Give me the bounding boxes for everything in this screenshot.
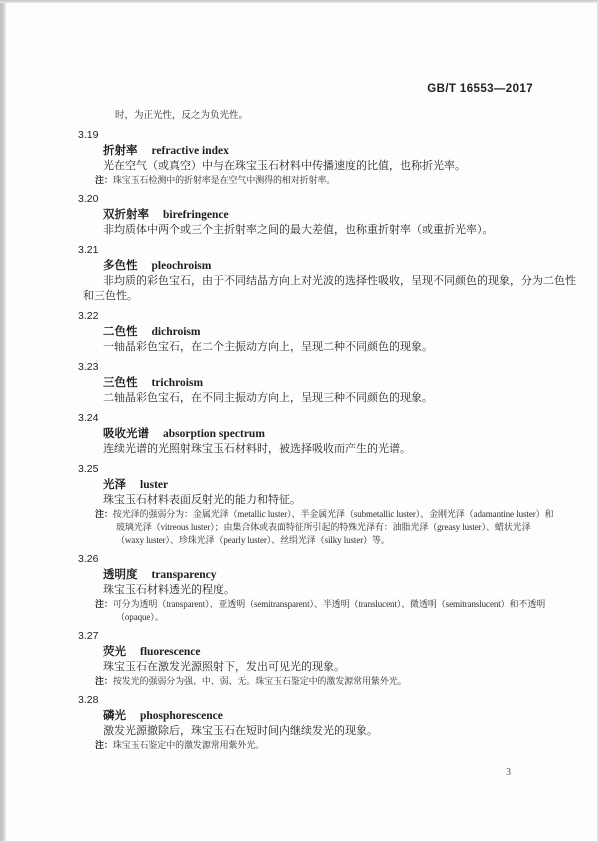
definition-line: 一轴晶彩色宝石，在二个主振动方向上，呈现二种不同颜色的现象。 <box>103 340 533 355</box>
definition: 光在空气（或真空）中与在珠宝玉石材料中传播速度的比值，也称折光率。 <box>78 159 533 174</box>
definition-line: 珠宝玉石在激发光源照射下，发出可见光的现象。 <box>103 660 533 675</box>
note: 注：珠宝玉石鉴定中的激发源常用紫外光。 <box>95 739 533 752</box>
term-line: 折射率refractive index <box>103 144 533 159</box>
term-section: 3.24 吸收光谱absorption spectrum 连续光谱的光照射珠宝玉… <box>78 411 533 457</box>
definition: 二轴晶彩色宝石，在不同主振动方向上，呈现三种不同颜色的现象。 <box>78 391 533 406</box>
term-chinese: 多色性 <box>103 260 138 272</box>
section-number: 3.19 <box>78 128 533 142</box>
term-line: 双折射率birefringence <box>103 208 533 223</box>
term-section: 3.26 透明度transparency 珠宝玉石材料透光的程度。 注：可分为透… <box>78 552 533 624</box>
note-line: （opaque）。 <box>95 611 533 624</box>
page-number: 3 <box>78 766 533 779</box>
note-label: 注： <box>95 509 113 519</box>
note-line: （waxy luster）、珍珠光泽（pearly luster）、丝绢光泽（s… <box>95 534 533 547</box>
term-english: phosphorescence <box>140 710 223 722</box>
note: 注：珠宝玉石检测中的折射率是在空气中测得的相对折射率。 <box>95 174 533 187</box>
note-label: 注： <box>95 599 113 609</box>
definition-line: 光在空气（或真空）中与在珠宝玉石材料中传播速度的比值，也称折光率。 <box>103 159 533 174</box>
term-chinese: 透明度 <box>103 569 138 581</box>
definition: 连续光谱的光照射珠宝玉石材料时，被选择吸收而产生的光谱。 <box>78 442 533 457</box>
term-line: 光泽luster <box>103 478 533 493</box>
section-number: 3.20 <box>78 192 533 206</box>
definition-line: 激发光源撤除后，珠宝玉石在短时间内继续发光的现象。 <box>103 724 533 739</box>
note-line: 注：可分为透明（transparent）、亚透明（semitransparent… <box>95 598 533 611</box>
definition-line: 和三色性。 <box>83 289 533 304</box>
term-line: 磷光phosphorescence <box>103 709 533 724</box>
term-chinese: 折射率 <box>103 145 138 157</box>
note-line: 注：珠宝玉石鉴定中的激发源常用紫外光。 <box>95 739 533 752</box>
note-line: 注：按光泽的强弱分为：金属光泽（metallic luster）、半金属光泽（s… <box>95 508 533 521</box>
term-line: 吸收光谱absorption spectrum <box>103 427 533 442</box>
definition-line: 珠宝玉石材料透光的程度。 <box>103 583 533 598</box>
term-line: 二色性dichroism <box>103 325 533 340</box>
term-section: 3.22 二色性dichroism 一轴晶彩色宝石，在二个主振动方向上，呈现二种… <box>78 309 533 355</box>
term-section: 3.21 多色性pleochroism 非均质的彩色宝石，由于不同结晶方向上对光… <box>78 243 533 304</box>
term-section: 3.25 光泽luster 珠宝玉石材料表面反射光的能力和特征。 注：按光泽的强… <box>78 462 533 547</box>
section-number: 3.25 <box>78 462 533 476</box>
term-section: 3.23 三色性trichroism 二轴晶彩色宝石，在不同主振动方向上，呈现三… <box>78 360 533 406</box>
term-chinese: 二色性 <box>103 326 138 338</box>
definition-line: 连续光谱的光照射珠宝玉石材料时，被选择吸收而产生的光谱。 <box>103 442 533 457</box>
page-content: GB/T 16553—2017 时，为正光性，反之为负光性。 3.19 折射率r… <box>78 82 533 779</box>
definition: 珠宝玉石材料表面反射光的能力和特征。 <box>78 493 533 508</box>
definition-line: 珠宝玉石材料表面反射光的能力和特征。 <box>103 493 533 508</box>
term-english: dichroism <box>152 326 201 338</box>
terms-list: 3.19 折射率refractive index 光在空气（或真空）中与在珠宝玉… <box>78 128 533 752</box>
definition: 非均质体中两个或三个主折射率之间的最大差值，也称重折射率（或重折光率）。 <box>78 223 533 238</box>
section-number: 3.24 <box>78 411 533 425</box>
section-number: 3.26 <box>78 552 533 566</box>
definition: 珠宝玉石在激发光源照射下，发出可见光的现象。 <box>78 660 533 675</box>
section-number: 3.28 <box>78 693 533 707</box>
document-code-header: GB/T 16553—2017 <box>78 82 533 96</box>
term-line: 透明度transparency <box>103 568 533 583</box>
term-chinese: 光泽 <box>103 479 126 491</box>
term-english: refractive index <box>152 145 229 157</box>
term-line: 三色性trichroism <box>103 376 533 391</box>
term-chinese: 三色性 <box>103 377 138 389</box>
definition: 激发光源撤除后，珠宝玉石在短时间内继续发光的现象。 <box>78 724 533 739</box>
section-number: 3.27 <box>78 629 533 643</box>
definition: 一轴晶彩色宝石，在二个主振动方向上，呈现二种不同颜色的现象。 <box>78 340 533 355</box>
term-chinese: 吸收光谱 <box>103 428 149 440</box>
term-section: 3.19 折射率refractive index 光在空气（或真空）中与在珠宝玉… <box>78 128 533 187</box>
section-number: 3.21 <box>78 243 533 257</box>
note-label: 注： <box>95 740 113 750</box>
term-english: birefringence <box>163 209 229 221</box>
note: 注：按光泽的强弱分为：金属光泽（metallic luster）、半金属光泽（s… <box>95 508 533 547</box>
term-english: fluorescence <box>140 646 200 658</box>
term-section: 3.27 荧光fluorescence 珠宝玉石在激发光源照射下，发出可见光的现… <box>78 629 533 688</box>
definition-line: 非均质的彩色宝石，由于不同结晶方向上对光波的选择性吸收，呈现不同颜色的现象，分为… <box>103 274 533 289</box>
term-english: transparency <box>152 569 217 581</box>
definition-line: 非均质体中两个或三个主折射率之间的最大差值，也称重折射率（或重折光率）。 <box>103 223 533 238</box>
term-line: 多色性pleochroism <box>103 259 533 274</box>
note: 注：可分为透明（transparent）、亚透明（semitransparent… <box>95 598 533 624</box>
term-chinese: 磷光 <box>103 710 126 722</box>
scan-edge-top <box>0 0 599 3</box>
note-label: 注： <box>95 175 113 185</box>
continuation-note-line: 时，为正光性，反之为负光性。 <box>115 110 533 123</box>
section-number: 3.22 <box>78 309 533 323</box>
term-section: 3.20 双折射率birefringence 非均质体中两个或三个主折射率之间的… <box>78 192 533 238</box>
term-english: pleochroism <box>152 260 212 272</box>
term-line: 荧光fluorescence <box>103 645 533 660</box>
term-section: 3.28 磷光phosphorescence 激发光源撤除后，珠宝玉石在短时间内… <box>78 693 533 752</box>
note: 注：按发光的强弱分为强、中、弱、无。珠宝玉石鉴定中的激发源常用紫外光。 <box>95 675 533 688</box>
document-page: GB/T 16553—2017 时，为正光性，反之为负光性。 3.19 折射率r… <box>0 0 599 843</box>
scan-edge-left <box>0 0 6 843</box>
term-chinese: 荧光 <box>103 646 126 658</box>
section-number: 3.23 <box>78 360 533 374</box>
term-english: absorption spectrum <box>163 428 265 440</box>
definition: 非均质的彩色宝石，由于不同结晶方向上对光波的选择性吸收，呈现不同颜色的现象，分为… <box>78 274 533 304</box>
term-english: luster <box>140 479 168 491</box>
term-chinese: 双折射率 <box>103 209 149 221</box>
definition: 珠宝玉石材料透光的程度。 <box>78 583 533 598</box>
definition-line: 二轴晶彩色宝石，在不同主振动方向上，呈现三种不同颜色的现象。 <box>103 391 533 406</box>
note-line: 注：按发光的强弱分为强、中、弱、无。珠宝玉石鉴定中的激发源常用紫外光。 <box>95 675 533 688</box>
note-label: 注： <box>95 676 113 686</box>
term-english: trichroism <box>152 377 204 389</box>
note-line: 注：珠宝玉石检测中的折射率是在空气中测得的相对折射率。 <box>95 174 533 187</box>
note-line: 玻璃光泽（vitreous luster）；由集合体或表面特征所引起的特殊光泽有… <box>95 521 533 534</box>
